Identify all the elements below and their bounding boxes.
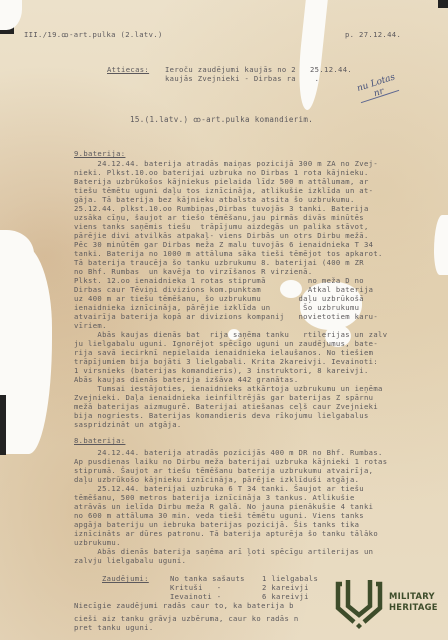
text-line: 1 virsnieks (baterijas komandieris), 3 i… <box>74 366 387 375</box>
losses-value: 2 kareivji <box>262 583 309 592</box>
watermark-text: MILITARY HERITAGE <box>389 591 438 612</box>
text-line: Plkst. 12.oo ienaidnieka 1 rotas stiprum… <box>74 276 387 285</box>
torn-edge <box>434 215 448 275</box>
section-9-body: 24.12.44. baterija atradās maiņas pozici… <box>74 159 387 429</box>
subject-line-2: kaujās Zvejnieki - Dirbas ra . <box>165 74 319 83</box>
addressee: 15.(1.latv.) ꝏ-art.pulka komandierim. <box>130 115 313 124</box>
text-line: atrāvās un ielīda Dirbu meža R galā. No … <box>74 502 387 511</box>
text-line: cieši aiz tanku grāvja uzbēruma, caur ko… <box>74 614 331 623</box>
losses-desc: Krituši - <box>170 583 221 592</box>
losses-desc: No tanka sašauts <box>170 574 245 583</box>
text-line: 24.12.44. baterija atradās maiņas pozici… <box>74 159 387 168</box>
text-line: uzbrukumu. <box>74 538 387 547</box>
text-line: Abās kaujas dienās bat rija saņēma tanku… <box>74 330 387 339</box>
section-8-body: 24.12.44. baterija atradās pozicijās 400… <box>74 448 387 565</box>
torn-strip <box>294 0 328 110</box>
text-line: stiprumā. Šaujot ar tiešu tēmēšanu bater… <box>74 466 387 475</box>
text-line: iznīcināts ar dūres patronu. Tā baterija… <box>74 529 387 538</box>
text-line: vīriem. <box>74 321 387 330</box>
shield-logo-icon <box>334 578 384 630</box>
text-line: zalvju lielgabalu uguni. <box>74 556 387 565</box>
text-line: pret tanku uguni. <box>74 623 154 632</box>
text-line: uz 400 m ar tiešu tēmēšanu, šo uzbrukumu… <box>74 294 387 303</box>
unit-heading: III./19.ꝏ-art.pulka (2.latv.) <box>24 30 163 39</box>
text-line: viens tanks saņēmis tiešu trāpījumu aizd… <box>74 222 387 231</box>
torn-edge <box>0 244 52 454</box>
text-line: Baterija uzbrūkošos kājniekus pielaida l… <box>74 177 387 186</box>
text-line: uzsāka cīņu, šaujot ar tiešo tēmēšanu,ja… <box>74 213 387 222</box>
subject-line-1: Ieroču zaudējumi kaujās no 2 25.12.44. <box>165 65 352 74</box>
text-line: nieki. Plkst.10.oo baterijai uzbruka no … <box>74 168 387 177</box>
text-line: gāja. Tā baterija bez kājnieku atbalsta … <box>74 195 387 204</box>
subject-label: Attiecas: <box>107 65 149 74</box>
text-line: tanki. Baterija no 1000 m attāluma sāka … <box>74 249 387 258</box>
text-line: Dirbas caur Tēviņi divizions kom.punktam… <box>74 285 387 294</box>
text-line: ju lielgabalu uguni. Ignorējot spēcīgo u… <box>74 339 387 348</box>
watermark-line-2: HERITAGE <box>389 602 438 613</box>
text-line: no Bhf. Rumbas un kavēja to virzīšanos R… <box>74 267 387 276</box>
text-line: atvairīja baterija kopā ar divizions kom… <box>74 312 387 321</box>
losses-desc: Ievainoti - <box>170 592 221 601</box>
text-line: no 600 m attāluma 30 min. veda tieši tēm… <box>74 511 387 520</box>
scan-border <box>438 0 448 8</box>
text-line: Niecīgie zaudējumi radās caur to, ka bat… <box>74 601 317 610</box>
scanned-document-page: III./19.ꝏ-art.pulka (2.latv.) p. 27.12.4… <box>0 0 448 640</box>
text-line: ienaidnieka iznīcināja, pārējie izklīda … <box>74 303 387 312</box>
text-line: rija savā iecirknī nepielaida ienaidniek… <box>74 348 387 357</box>
torn-corner <box>0 0 22 30</box>
text-line: tēmēšanu, 500 metros baterija iznīcināja… <box>74 493 387 502</box>
scan-border <box>0 395 6 455</box>
losses-value: 1 lielgabals <box>262 574 318 583</box>
text-line: saspridzināt un atgāja. <box>74 420 387 429</box>
text-line: mežā baterijas aizmugurē. Baterijai atie… <box>74 402 387 411</box>
text-line: 25.12.44. baterijai uzbruka 6 T 34 tanki… <box>74 484 387 493</box>
losses-value: 6 kareivji <box>262 592 309 601</box>
document-date: p. 27.12.44. <box>345 30 401 39</box>
text-line: 24.12.44. baterija atradās pozicijās 400… <box>74 448 387 457</box>
text-line: apgāja bateriju un iebruka baterijas poz… <box>74 520 387 529</box>
text-line: trāpījumiem bija bojāti 3 lielgabali. Kr… <box>74 357 387 366</box>
section-title-9-battery: 9.baterija: <box>74 149 125 158</box>
text-line: tiešu tēmētu uguni daļu tos iznīcināja, … <box>74 186 387 195</box>
losses-label: Zaudējumi: <box>102 574 149 583</box>
section-title-8-battery: 8.baterija: <box>74 436 125 445</box>
text-line: Tumsai iestājoties, ienaidnieks atkārtoj… <box>74 384 387 393</box>
text-line: daļu uzbrūkošo kājnieku iznīcināja, pārē… <box>74 475 387 484</box>
text-line: Abās dienās baterija saņēma arī ļoti spē… <box>74 547 387 556</box>
military-heritage-watermark: MILITARY HERITAGE <box>334 578 448 640</box>
text-line: 25.12.44. plkst.10.oo Rumbiņas,Dirbas tu… <box>74 204 387 213</box>
text-line: Pēc 30 minūtēm gar Dirbas meža Z malu tu… <box>74 240 387 249</box>
text-line: Zvejnieki. Daļa ienaidnieka ieinfiltrējā… <box>74 393 387 402</box>
text-line: Abās kaujas dienās baterija izšāva 442 g… <box>74 375 387 384</box>
handwritten-annotation: nu Lotas nr <box>356 72 400 103</box>
text-line: Ap pusdienas laiku no Dirbu meža baterij… <box>74 457 387 466</box>
watermark-line-1: MILITARY <box>389 591 438 602</box>
text-line: pārējie divi atvilkās atpakaļ- viens Dir… <box>74 231 387 240</box>
text-line: bija nogriests. Baterijas komandieris de… <box>74 411 387 420</box>
text-line: Tā baterija traucēja šo tanku uzbrukumu … <box>74 258 387 267</box>
